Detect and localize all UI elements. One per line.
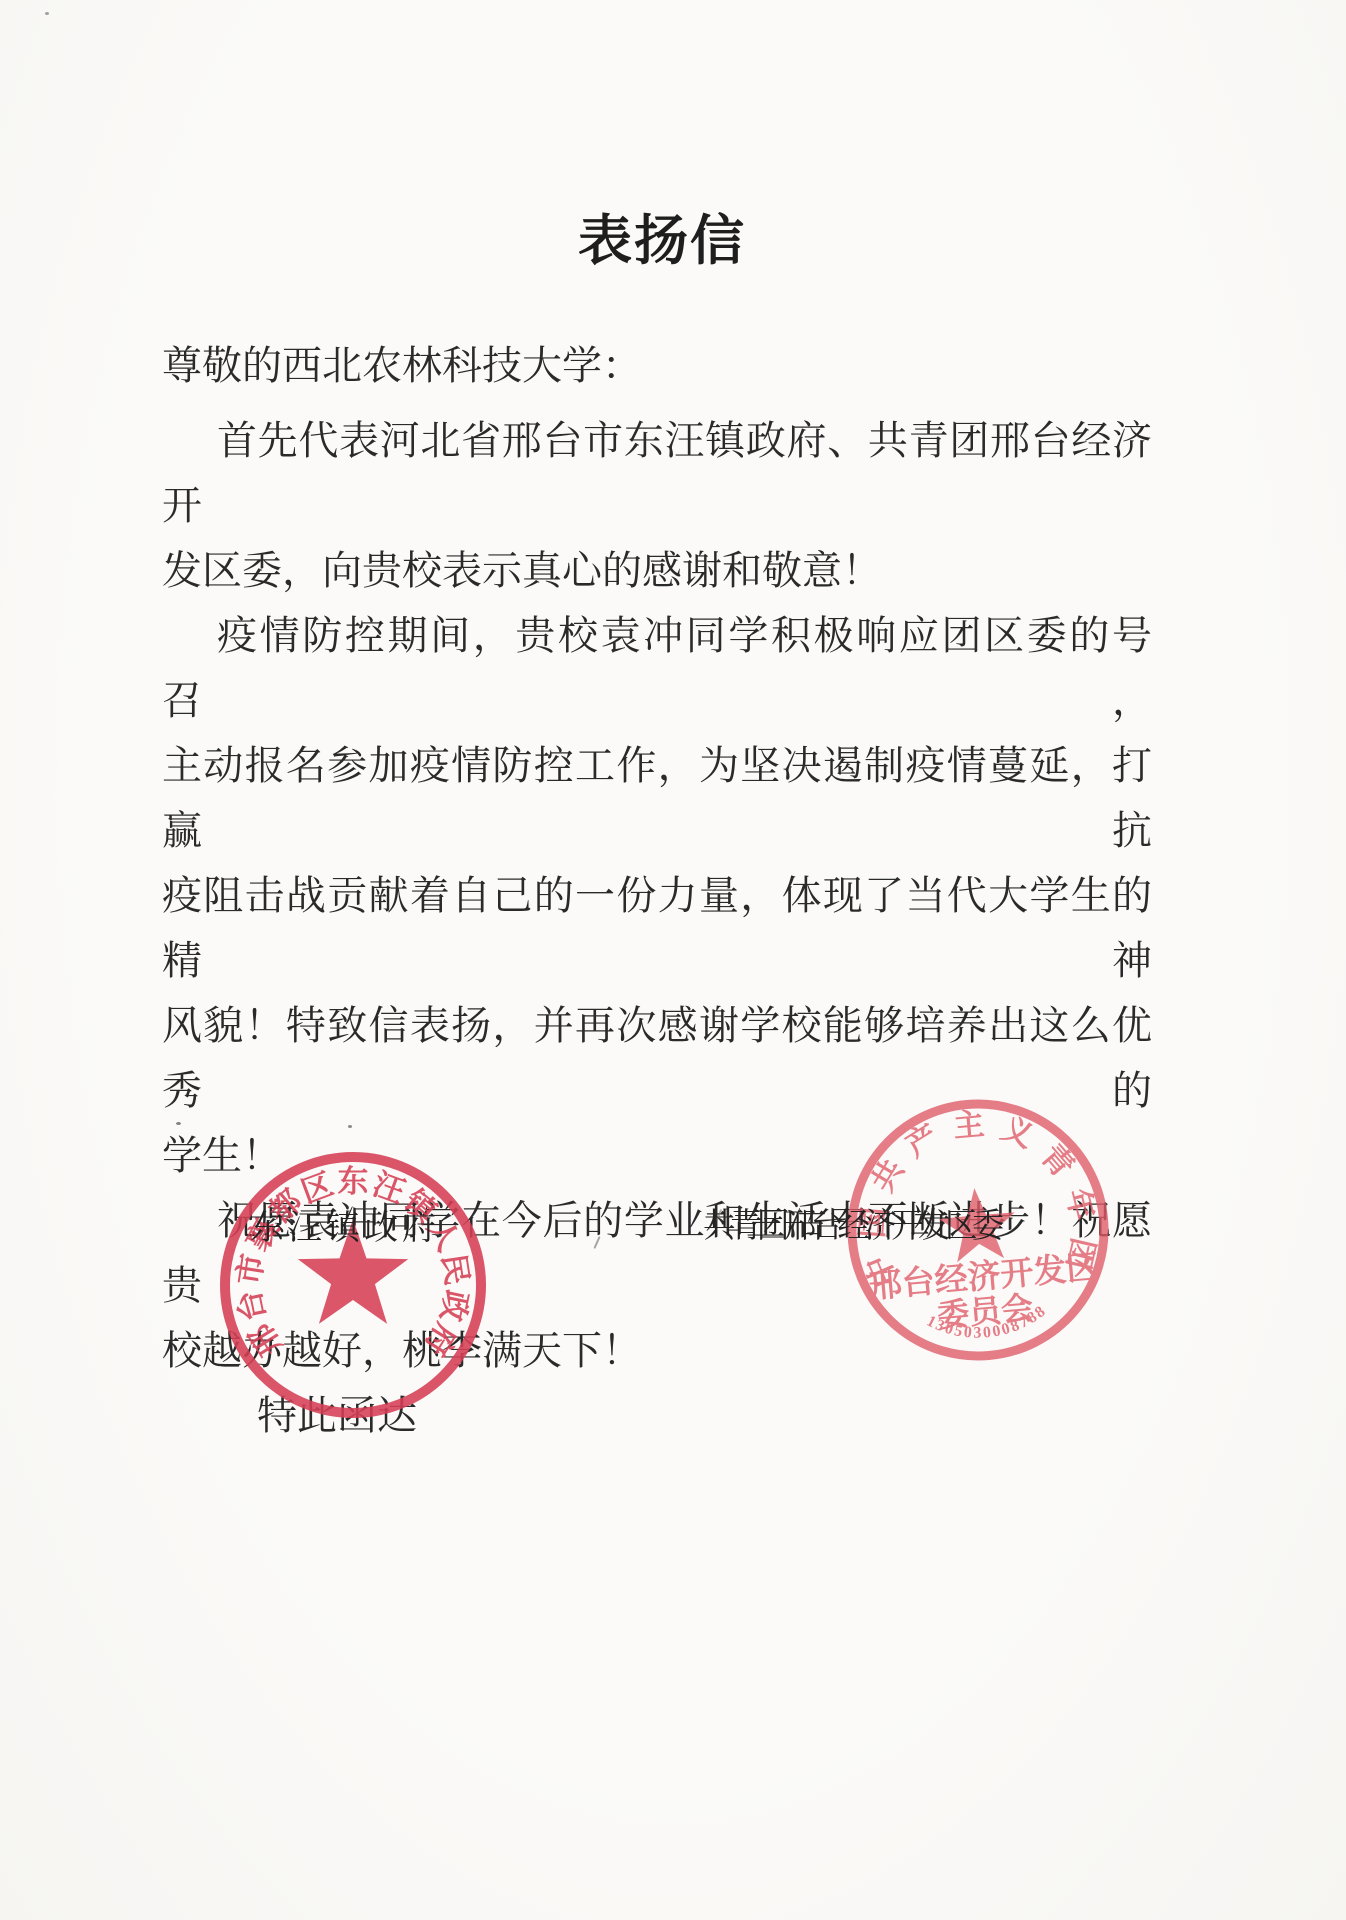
body-line: 发区委，向贵校表示真心的感谢和敬意！ <box>162 538 1152 603</box>
stamp-arc-char: 市 <box>231 1251 270 1287</box>
government-seal-icon: 邢台市襄都区东汪镇人民政府 <box>203 1135 503 1435</box>
letter-title: 表扬信 <box>0 198 1335 275</box>
body-line: 首先代表河北省邢台市东汪镇政府、共青团邢台经济开 <box>162 408 1152 538</box>
body-line: 主动报名参加疫情防控工作，为坚决遏制疫情蔓延，打赢抗 <box>162 733 1152 863</box>
stamp-arc-char: 东 <box>338 1164 369 1199</box>
scan-speck <box>176 1122 181 1125</box>
stamp-arc-char: 0 <box>982 1324 991 1342</box>
stamp-arc-char: 民 <box>436 1251 475 1287</box>
stamp-arc-char: 政 <box>434 1287 475 1324</box>
scan-speck <box>348 1125 352 1128</box>
stamp-arc-char: 0 <box>963 1324 973 1342</box>
scan-speck <box>45 12 49 15</box>
right-signature-text: 共青团邢台经济开发区委 <box>703 1198 999 1247</box>
stamp-arc-char: 年 <box>1059 1185 1100 1224</box>
body-line: 尊敬的西北农林科技大学： <box>162 333 1152 398</box>
left-signature-text: 东汪镇政府 <box>250 1200 440 1249</box>
stamp-arc-char: 主 <box>952 1106 986 1144</box>
stamp-arc-char: 台 <box>232 1287 273 1324</box>
body-line: 疫阻击战贡献着自己的一份力量，体现了当代大学生的精神 <box>162 863 1152 993</box>
left-government-stamp: 邢台市襄都区东汪镇人民政府 <box>203 1135 503 1440</box>
scanned-letter-page: 表扬信 尊敬的西北农林科技大学：首先代表河北省邢台市东汪镇政府、共青团邢台经济开… <box>0 0 1346 1920</box>
stamp-arc-char: 3 <box>973 1325 981 1342</box>
body-line: 疫情防控期间，贵校袁冲同学积极响应团区委的号召， <box>162 603 1152 733</box>
